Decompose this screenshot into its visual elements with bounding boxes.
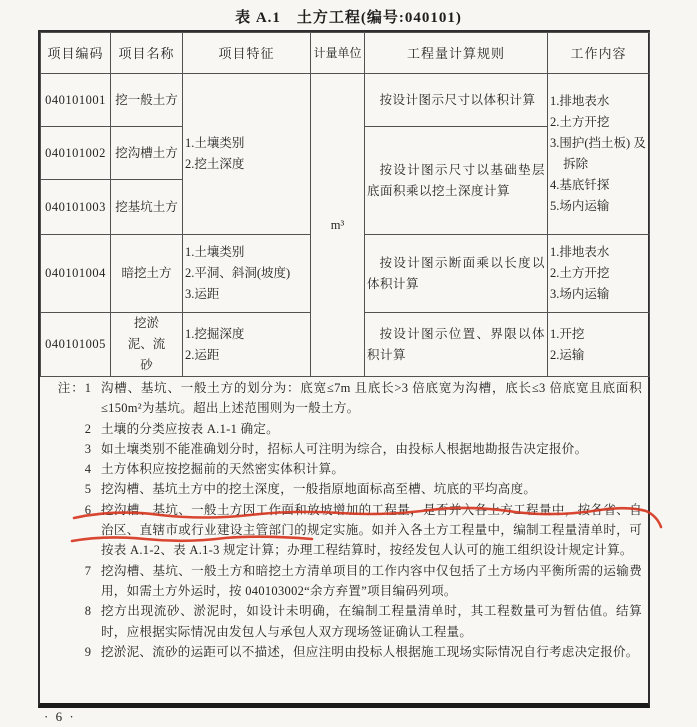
unit-cell: m³ [311,74,365,377]
page-title: 表 A.1 土方工程(编号:040101) [0,6,697,27]
work-content-cell: 1.排地表水2.土方开挖3.场内运输 [548,235,650,313]
work-content-list: 1.开挖2.运输 [550,324,647,366]
item-name: 挖一般土方 [111,74,183,127]
list-line: 5.场内运输 [550,196,647,217]
note-number: 8 [48,601,92,642]
item-name: 挖沟槽土方 [111,127,183,180]
col-header-features: 项目特征 [183,33,311,74]
calc-rule-cell: 按设计图示尺寸以体积计算 [365,74,548,127]
list-line: 1.挖掘深度 [185,324,308,345]
calc-rule-cell: 按设计图示断面乘以长度以体积计算 [365,235,548,313]
table-header-row: 项目编码 项目名称 项目特征 计量单位 工程量计算规则 工作内容 [41,33,650,74]
list-line: 2.运输 [550,345,647,366]
list-line: 2.挖土深度 [185,154,308,175]
features-list: 1.土壤类别2.挖土深度 [185,133,308,175]
note-number: 1 [85,381,92,395]
note-item-4: 4 土方体积应按挖掘前的天然密实体积计算。 [48,459,642,479]
item-name: 挖淤泥、流砂 [111,313,183,377]
document-frame: 项目编码 项目名称 项目特征 计量单位 工程量计算规则 工作内容 0401010… [38,30,650,708]
col-header-code: 项目编码 [41,33,111,74]
note-text: 挖沟槽、基坑土方中的挖土深度，一般指原地面标高至槽、坑底的平均高度。 [101,479,642,499]
col-header-unit: 计量单位 [311,33,365,74]
list-line: 3.围护(挡土板) 及拆除 [550,133,647,175]
col-header-name: 项目名称 [111,33,183,74]
item-code: 040101001 [41,74,111,127]
features-list: 1.挖掘深度2.运距 [185,324,308,366]
item-code: 040101003 [41,180,111,235]
note-number: 2 [48,419,92,439]
note-item-5: 5 挖沟槽、基坑土方中的挖土深度，一般指原地面标高至槽、坑底的平均高度。 [48,479,642,499]
note-number: 9 [48,642,92,662]
note-item-3: 3 如土壤类别不能准确划分时，招标人可注明为综合，由投标人根据地勘报告决定报价。 [48,439,642,459]
list-line: 2.运距 [185,345,308,366]
note-text: 挖淤泥、流砂的运距可以不描述，但应注明由投标人根据施工现场实际情况自行考虑决定报… [101,642,642,662]
list-line: 3.运距 [185,284,308,305]
note-number: 7 [48,561,92,602]
scanned-document-page: 表 A.1 土方工程(编号:040101) 项目编码 项目名称 项目特征 计量单… [0,0,697,727]
note-number: 5 [48,479,92,499]
col-header-work-content: 工作内容 [548,33,650,74]
page-number: · 6 · [44,709,76,725]
note-number: 6 [48,500,92,561]
note-text: 挖方出现流砂、淤泥时，如设计未明确，在编制工程量清单时，其工程数量可为暂估值。结… [101,601,642,642]
list-line: 2.土方开挖 [550,263,647,284]
features-list: 1.土壤类别2.平洞、斜洞(坡度)3.运距 [185,242,308,305]
notes-section: 注：1 沟槽、基坑、一般土方的划分为：底宽≤7m 且底长>3 倍底宽为沟槽，底长… [40,374,648,703]
note-number: 3 [48,439,92,459]
list-line: 3.场内运输 [550,284,647,305]
item-code: 040101004 [41,235,111,313]
list-line: 1.开挖 [550,324,647,345]
list-line: 1.土壤类别 [185,133,308,154]
item-code: 040101005 [41,313,111,377]
list-line: 2.平洞、斜洞(坡度) [185,263,308,284]
note-item-6: 6 挖沟槽、基坑、一般土方因工作面和放坡增加的工程量，是否并入各土方工程量中，按… [48,500,642,561]
calc-rule-cell: 按设计图示位置、界限以体积计算 [365,313,548,377]
features-cell: 1.挖掘深度2.运距 [183,313,311,377]
item-name: 暗挖土方 [111,235,183,313]
list-line: 1.土壤类别 [185,242,308,263]
col-header-calc-rule: 工程量计算规则 [365,33,548,74]
note-text: 土方体积应按挖掘前的天然密实体积计算。 [101,459,642,479]
note-text: 沟槽、基坑、一般土方的划分为：底宽≤7m 且底长>3 倍底宽为沟槽，底长≤3 倍… [101,378,642,419]
note-item-2: 2 土壤的分类应按表 A.1-1 确定。 [48,419,642,439]
work-content-list: 1.排地表水2.土方开挖3.场内运输 [550,242,647,305]
list-line: 1.排地表水 [550,242,647,263]
notes-label: 注： [58,381,85,395]
calc-rule-cell: 按设计图示尺寸以基础垫层底面积乘以挖土深度计算 [365,127,548,235]
work-content-cell: 1.开挖2.运输 [548,313,650,377]
work-content-cell: 1.排地表水2.土方开挖3.围护(挡土板) 及拆除4.基底钎探5.场内运输 [548,74,650,235]
work-content-list: 1.排地表水2.土方开挖3.围护(挡土板) 及拆除4.基底钎探5.场内运输 [550,91,647,217]
note-item-7: 7 挖沟槽、基坑、一般土方和暗挖土方清单项目的工作内容中仅包括了土方场内平衡所需… [48,561,642,602]
item-name: 挖基坑土方 [111,180,183,235]
item-code: 040101002 [41,127,111,180]
spec-table: 项目编码 项目名称 项目特征 计量单位 工程量计算规则 工作内容 0401010… [40,32,650,377]
list-line: 4.基底钎探 [550,175,647,196]
note-text: 挖沟槽、基坑、一般土方因工作面和放坡增加的工程量，是否并入各土方工程量中，按各省… [101,500,642,561]
list-line: 1.排地表水 [550,91,647,112]
features-cell: 1.土壤类别2.平洞、斜洞(坡度)3.运距 [183,235,311,313]
note-number: 4 [48,459,92,479]
note-text: 挖沟槽、基坑、一般土方和暗挖土方清单项目的工作内容中仅包括了土方场内平衡所需的运… [101,561,642,602]
list-line: 2.土方开挖 [550,112,647,133]
features-cell: 1.土壤类别2.挖土深度 [183,74,311,235]
note-text: 土壤的分类应按表 A.1-1 确定。 [101,419,642,439]
table-row: 040101001 挖一般土方 1.土壤类别2.挖土深度 m³ 按设计图示尺寸以… [41,74,650,127]
note-text: 如土壤类别不能准确划分时，招标人可注明为综合，由投标人根据地勘报告决定报价。 [101,439,642,459]
note-item-9: 9 挖淤泥、流砂的运距可以不描述，但应注明由投标人根据施工现场实际情况自行考虑决… [48,642,642,662]
note-item-1: 注：1 沟槽、基坑、一般土方的划分为：底宽≤7m 且底长>3 倍底宽为沟槽，底长… [48,378,642,419]
note-item-8: 8 挖方出现流砂、淤泥时，如设计未明确，在编制工程量清单时，其工程数量可为暂估值… [48,601,642,642]
